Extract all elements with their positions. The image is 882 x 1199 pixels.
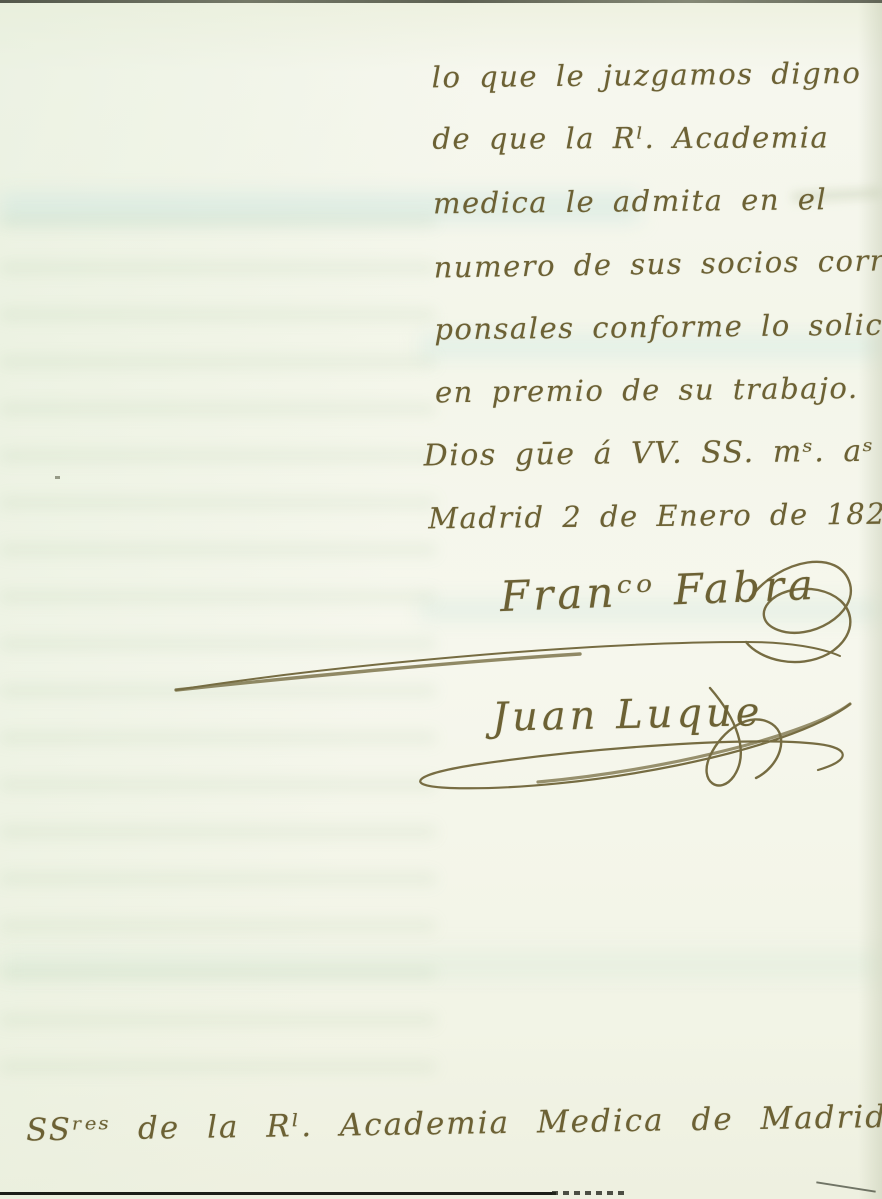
paper-stain-band: [0, 952, 882, 978]
signature-francisco-fabra: Franᶜᵒ Fabra: [499, 560, 818, 621]
manuscript-line: de que la Rˡ. Academia: [432, 106, 880, 171]
manuscript-line: ponsales conforme lo solicita: [434, 294, 882, 362]
scan-edge-bottom: [0, 1192, 556, 1195]
scan-corner-mark: [816, 1181, 876, 1192]
manuscript-line: numero de sus socios corres-: [433, 229, 882, 299]
letter-body: lo que le juzgamos digno de que la Rˡ. A…: [431, 42, 882, 551]
manuscript-line: medica le admita en el: [433, 168, 882, 236]
scan-edge-bottom-dashes: [552, 1191, 628, 1195]
manuscript-line-valediction: Dios gūe á VV. SS. mˢ. aˢ: [423, 420, 882, 488]
signature-juan-luque: Juan Luque: [492, 689, 764, 741]
verso-show-through: [0, 185, 436, 1090]
address-line: SSʳᵉˢ de la Rˡ. Academia Medica de Madri…: [26, 1099, 856, 1148]
manuscript-line: en premio de su trabajo.: [435, 357, 882, 425]
manuscript-line-dateline: Madrid 2 de Enero de 1829.: [428, 483, 882, 551]
ink-speck: [55, 476, 60, 479]
scan-edge-top: [0, 0, 882, 3]
manuscript-page: lo que le juzgamos digno de que la Rˡ. A…: [0, 0, 882, 1199]
manuscript-line: lo que le juzgamos digno: [431, 42, 880, 110]
